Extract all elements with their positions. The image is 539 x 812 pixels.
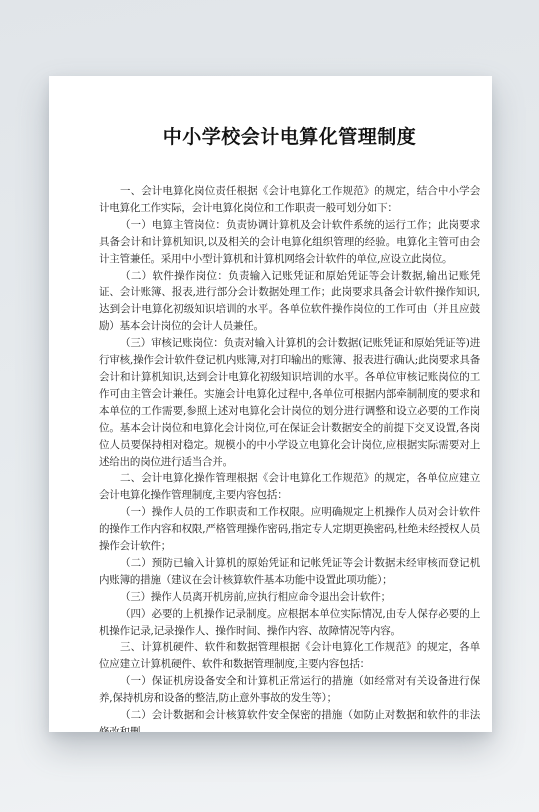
paragraph: （四）必要的上机操作记录制度。应根据本单位实际情况,由专人保存必要的上机操作记录… — [99, 606, 480, 640]
canvas-background: 中小学校会计电算化管理制度 一、会计电算化岗位责任根据《会计电算化工作规范》的规… — [0, 0, 539, 812]
paragraph: 一、会计电算化岗位责任根据《会计电算化工作规范》的规定，结合中小学会计电算化工作… — [99, 183, 480, 217]
paragraph: （三）审核记账岗位：负责对输入计算机的会计数据(记账凭证和原始凭证等)进行审核,… — [99, 335, 480, 470]
paragraph: （一）电算主管岗位：负责协调计算机及会计软件系统的运行工作；此岗要求具备会计和计… — [99, 217, 480, 268]
paragraph: （三）操作人员离开机房前,应执行相应命令退出会计软件； — [99, 589, 480, 606]
paragraph: （二）预防已输入计算机的原始凭证和记帐凭证等会计数据未经审核而登记机内账簿的措施… — [99, 555, 480, 589]
document-page: 中小学校会计电算化管理制度 一、会计电算化岗位责任根据《会计电算化工作规范》的规… — [49, 76, 492, 732]
paragraph: 三、计算机硬件、软件和数据管理根据《会计电算化工作规范》的规定，各单位应建立计算… — [99, 639, 480, 673]
paragraph: （一）保证机房设备安全和计算机正常运行的措施（如经常对有关设备进行保养,保持机房… — [99, 673, 480, 707]
document-title: 中小学校会计电算化管理制度 — [99, 124, 480, 150]
paragraph: 二、会计电算化操作管理根据《会计电算化工作规范》的规定，各单位应建立会计电算化操… — [99, 470, 480, 504]
paragraph: （二）会计数据和会计核算软件安全保密的措施（如防止对数据和软件的非法修改和删 — [99, 707, 480, 732]
paragraph: （一）操作人员的工作职责和工作权限。应明确规定上机操作人员对会计软件的操作工作内… — [99, 504, 480, 555]
paragraph: （二）软件操作岗位：负责输入记账凭证和原始凭证等会计数据,输出记账凭证、会计账簿… — [99, 268, 480, 336]
document-body: 一、会计电算化岗位责任根据《会计电算化工作规范》的规定，结合中小学会计电算化工作… — [99, 183, 480, 732]
